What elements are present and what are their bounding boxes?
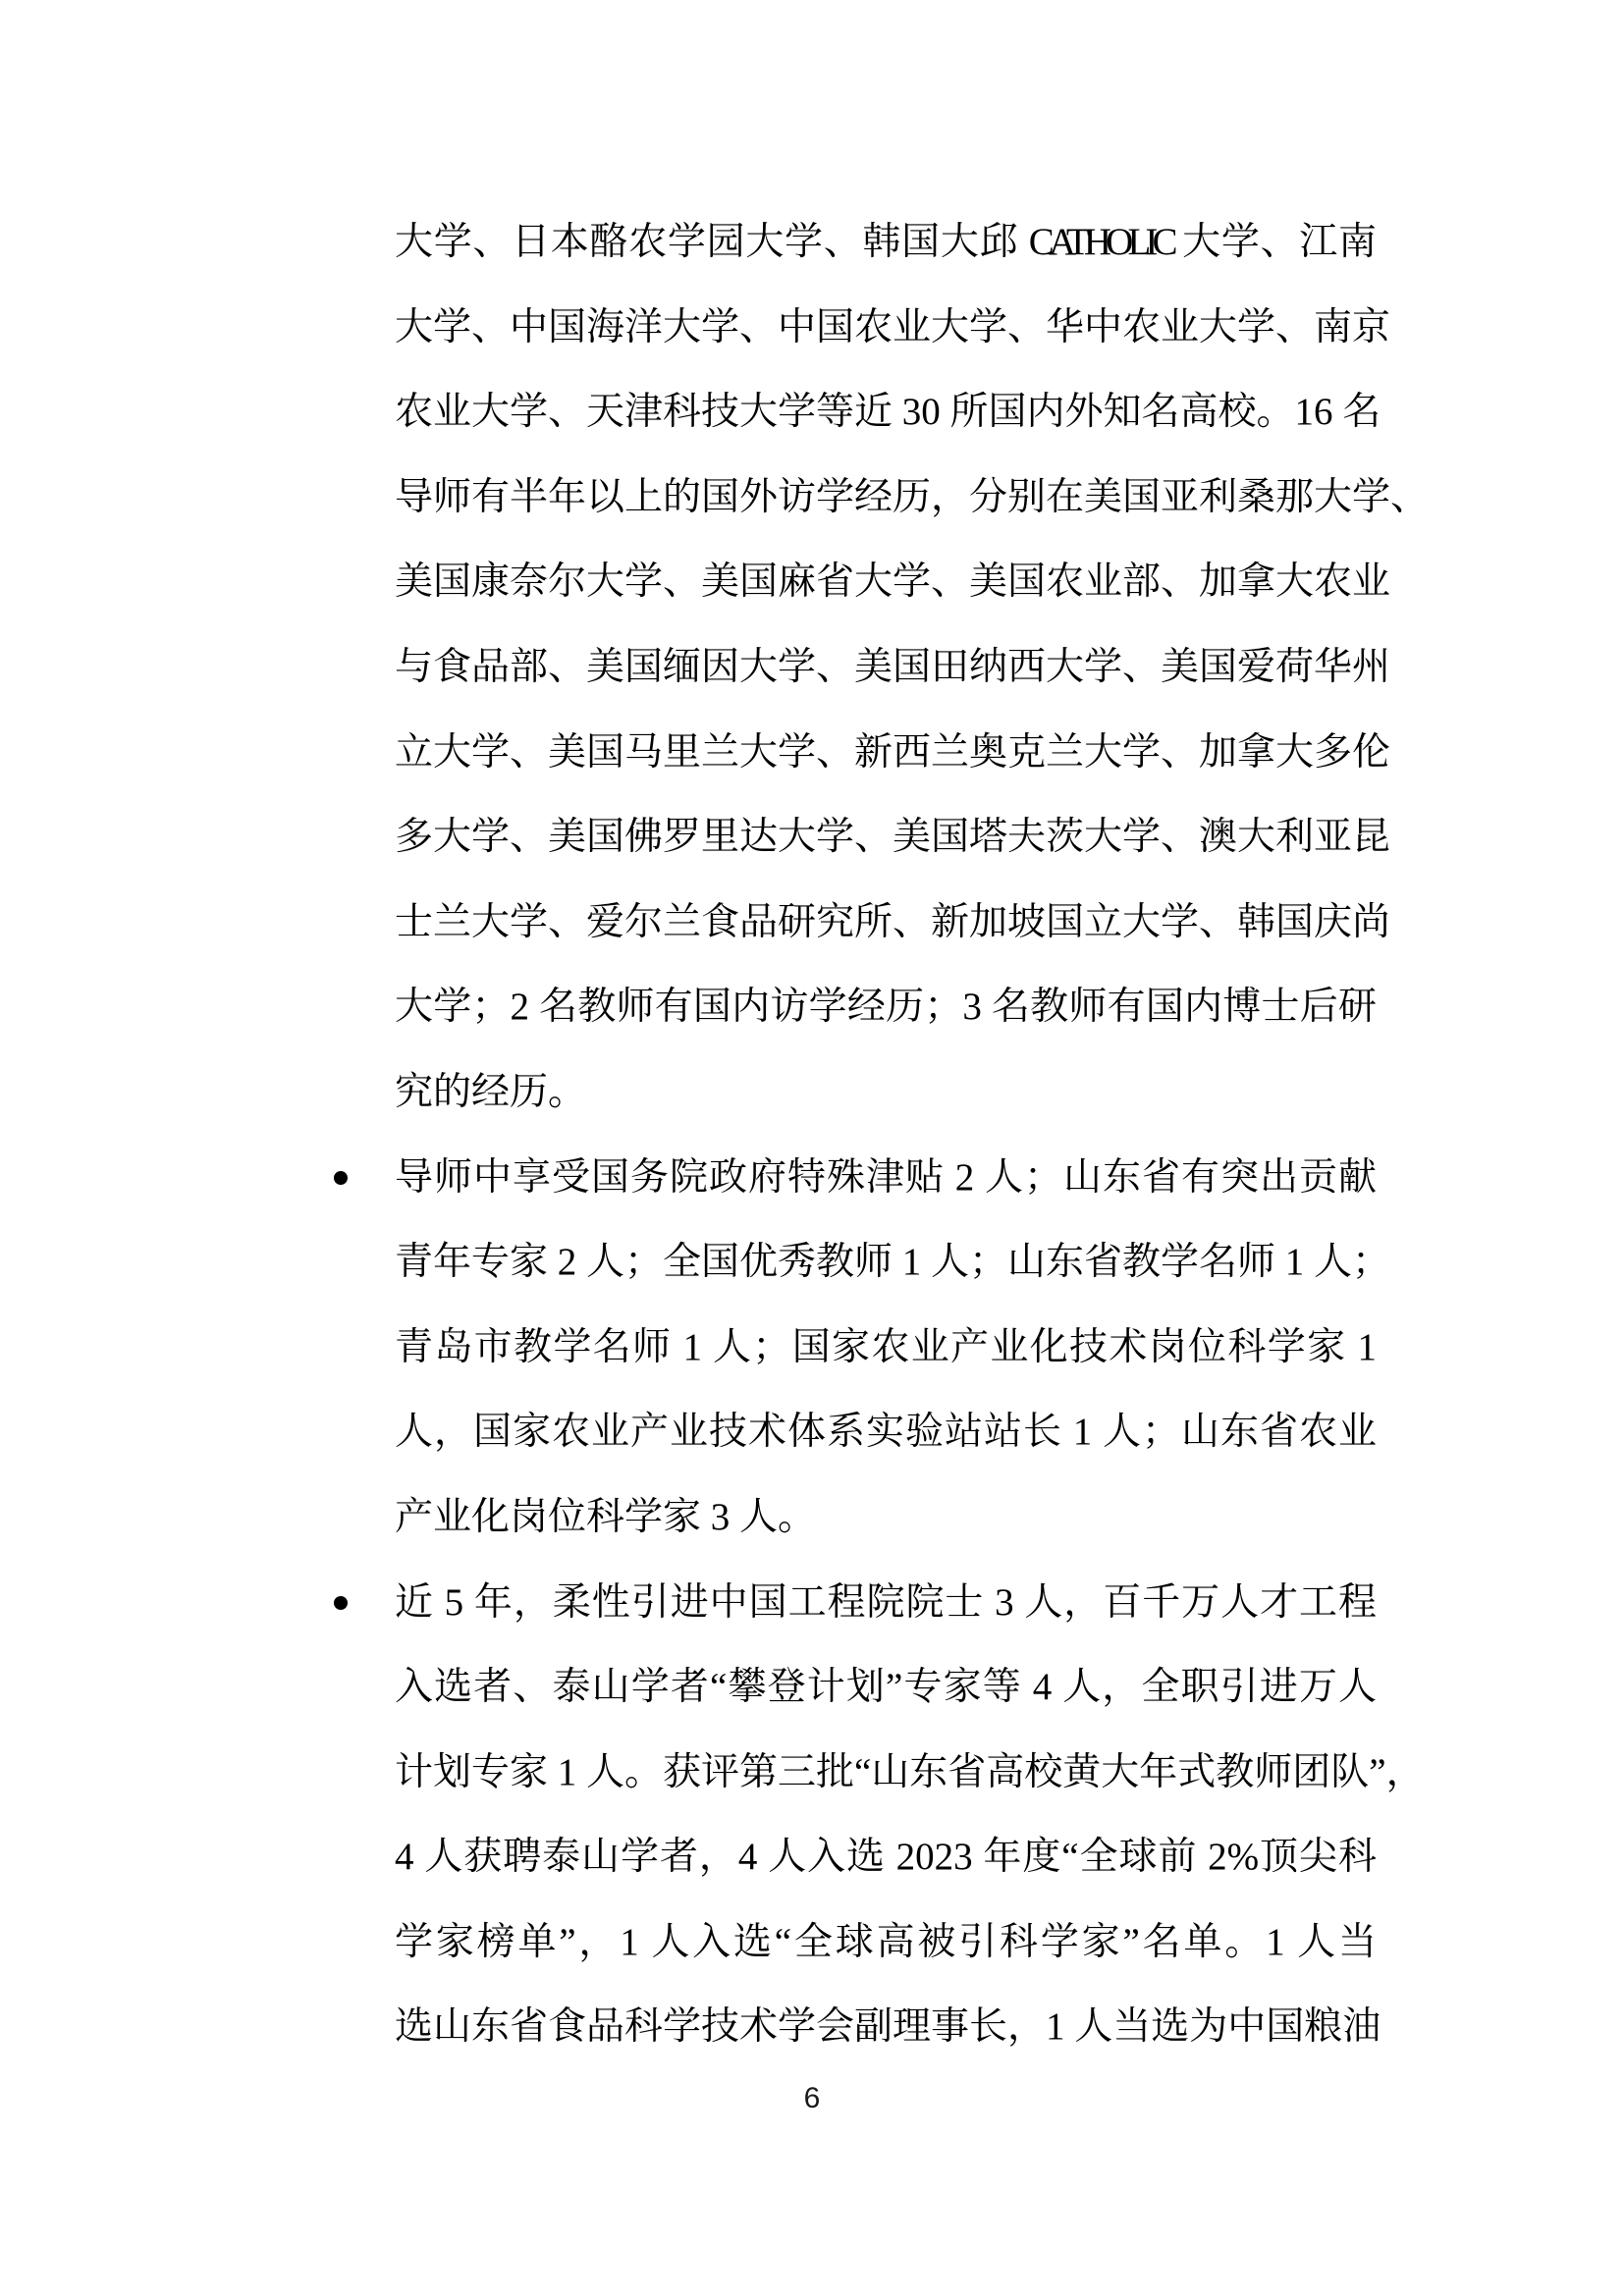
text-line: 计划专家 1 人。获评第三批“山东省高校黄大年式教师团队”，: [395, 1731, 1377, 1816]
text-line: 青岛市教学名师 1 人；国家农业产业化技术岗位科学家 1: [395, 1306, 1377, 1391]
text-line: 与食品部、美国缅因大学、美国田纳西大学、美国爱荷华州: [395, 625, 1377, 711]
text-line: 学家榜单”，1 人入选“全球高被引科学家”名单。1 人当: [395, 1900, 1377, 1986]
text-line: 大学、日本酪农学园大学、韩国大邱 CATHOLIC 大学、江南: [395, 200, 1377, 286]
text-line: 士兰大学、爱尔兰食品研究所、新加坡国立大学、韩国庆尚: [395, 881, 1377, 966]
bullet-icon: [334, 1596, 348, 1610]
list-item: 导师中享受国务院政府特殊津贴 2 人；山东省有突出贡献青年专家 2 人；全国优秀…: [395, 1136, 1377, 1561]
list-item: 近 5 年，柔性引进中国工程院院士 3 人，百千万人才工程入选者、泰山学者“攀登…: [395, 1561, 1377, 2071]
text-line: 究的经历。: [395, 1050, 1377, 1136]
text-line: 导师有半年以上的国外访学经历，分别在美国亚利桑那大学、: [395, 455, 1377, 541]
page-number: 6: [0, 2081, 1624, 2116]
text-line: 农业大学、天津科技大学等近 30 所国内外知名高校。16 名: [395, 370, 1377, 455]
text-line: 选山东省食品科学技术学会副理事长，1 人当选为中国粮油: [395, 1985, 1377, 2070]
text-line: 立大学、美国马里兰大学、新西兰奥克兰大学、加拿大多伦: [395, 711, 1377, 796]
latin-word: CATHOLIC: [1029, 221, 1172, 263]
text-line: 美国康奈尔大学、美国麻省大学、美国农业部、加拿大农业: [395, 540, 1377, 625]
document-body: 大学、日本酪农学园大学、韩国大邱 CATHOLIC 大学、江南大学、中国海洋大学…: [395, 200, 1377, 2070]
bullet-icon: [334, 1171, 348, 1185]
text-line: 青年专家 2 人；全国优秀教师 1 人；山东省教学名师 1 人；: [395, 1220, 1377, 1306]
text-line: 近 5 年，柔性引进中国工程院院士 3 人，百千万人才工程: [395, 1561, 1377, 1646]
text-line: 大学；2 名教师有国内访学经历；3 名教师有国内博士后研: [395, 965, 1377, 1050]
text-line: 入选者、泰山学者“攀登计划”专家等 4 人，全职引进万人: [395, 1645, 1377, 1731]
text-line: 多大学、美国佛罗里达大学、美国塔夫茨大学、澳大利亚昆: [395, 795, 1377, 881]
text-line: 产业化岗位科学家 3 人。: [395, 1475, 1377, 1561]
text-line: 导师中享受国务院政府特殊津贴 2 人；山东省有突出贡献: [395, 1136, 1377, 1221]
document-page: 大学、日本酪农学园大学、韩国大邱 CATHOLIC 大学、江南大学、中国海洋大学…: [0, 0, 1624, 2296]
text-line: 4 人获聘泰山学者，4 人入选 2023 年度“全球前 2%顶尖科: [395, 1815, 1377, 1900]
text-line: 人，国家农业产业技术体系实验站站长 1 人；山东省农业: [395, 1390, 1377, 1475]
list-item: 大学、日本酪农学园大学、韩国大邱 CATHOLIC 大学、江南大学、中国海洋大学…: [395, 200, 1377, 1136]
text-line: 大学、中国海洋大学、中国农业大学、华中农业大学、南京: [395, 286, 1377, 371]
